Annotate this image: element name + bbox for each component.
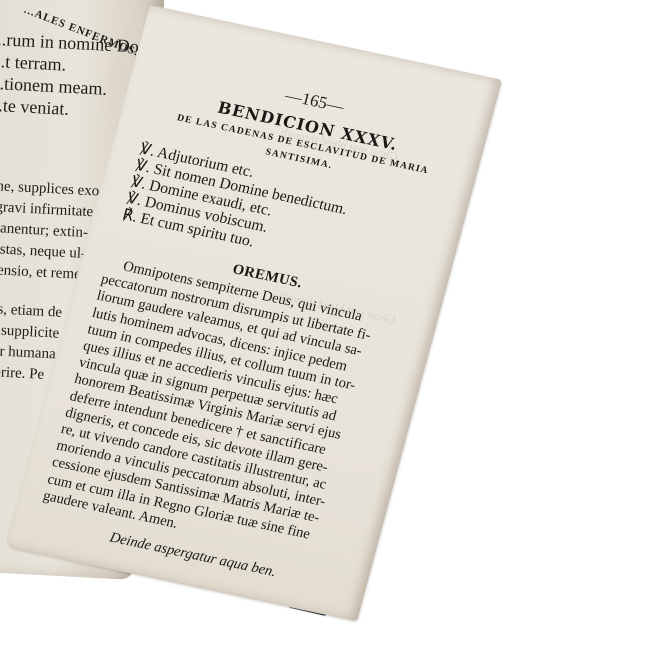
book-photo: ...ALES ENFERMOS. ...rum in nomine Domin… [0, 0, 650, 650]
